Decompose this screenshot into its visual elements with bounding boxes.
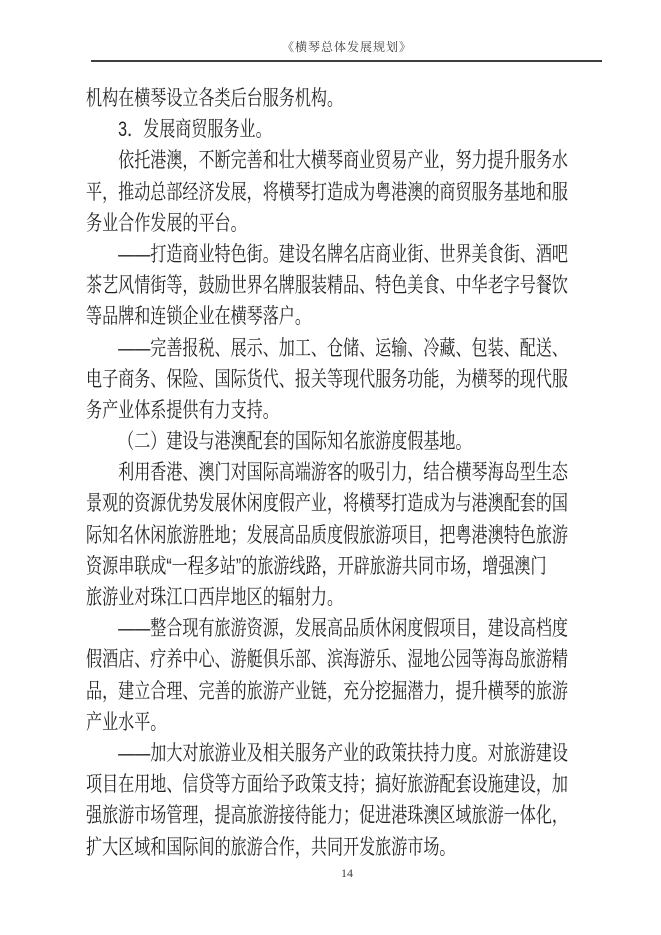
text-line: 等品牌和连锁企业在横琴落户。 [86, 301, 568, 332]
text-line: 茶艺风情街等，鼓励世界名牌服装精品、特色美食、中华老字号餐饮 [86, 270, 568, 301]
text-line: 依托港澳，不断完善和壮大横琴商业贸易产业，努力提升服务水 [86, 145, 568, 176]
text-line: 平，推动总部经济发展，将横琴打造成为粤港澳的商贸服务基地和服 [86, 177, 568, 208]
text-line: ——打造商业特色街。建设名牌名店商业街、世界美食街、酒吧 [86, 239, 568, 270]
text-line: （二）建设与港澳配套的国际知名旅游度假基地。 [86, 426, 568, 457]
text-line: 假酒店、疗养中心、游艇俱乐部、滨海游乐、湿地公园等海岛旅游精 [86, 644, 568, 675]
text-line: 强旅游市场管理，提高旅游接待能力；促进港珠澳区域旅游一体化， [86, 800, 568, 831]
text-line: 利用香港、澳门对国际高端游客的吸引力，结合横琴海岛型生态 [86, 457, 568, 488]
text-line: 电子商务、保险、国际货代、报关等现代服务功能，为横琴的现代服 [86, 364, 568, 395]
text-line: 景观的资源优势发展休闲度假产业，将横琴打造成为与港澳配套的国 [86, 488, 568, 519]
text-line: 3．发展商贸服务业。 [86, 114, 568, 145]
page-number: 14 [341, 866, 353, 880]
text-line: 项目在用地、信贷等方面给予政策支持；搞好旅游配套设施建设，加 [86, 769, 568, 800]
text-line: 旅游业对珠江口西岸地区的辐射力。 [86, 582, 568, 613]
text-line: 扩大区域和国际间的旅游合作，共同开发旅游市场。 [86, 832, 568, 863]
page-header: 《横琴总体发展规划》 [92, 38, 602, 55]
page-footer: 14 [92, 866, 602, 881]
header-title: 《横琴总体发展规划》 [282, 40, 412, 54]
header-rule [91, 60, 602, 62]
text-line: ——完善报税、展示、加工、仓储、运输、冷藏、包装、配送、 [86, 333, 568, 364]
text-line: 务业合作发展的平台。 [86, 208, 568, 239]
text-line: ——整合现有旅游资源，发展高品质休闲度假项目，建设高档度 [86, 613, 568, 644]
document-page: 《横琴总体发展规划》 机构在横琴设立各类后台服务机构。3．发展商贸服务业。依托港… [0, 0, 661, 935]
text-line: 际知名休闲旅游胜地；发展高品质度假旅游项目，把粤港澳特色旅游 [86, 520, 568, 551]
text-line: 务产业体系提供有力支持。 [86, 395, 568, 426]
document-body: 机构在横琴设立各类后台服务机构。3．发展商贸服务业。依托港澳，不断完善和壮大横琴… [86, 83, 568, 863]
text-line: ——加大对旅游业及相关服务产业的政策扶持力度。对旅游建设 [86, 738, 568, 769]
text-line: 品，建立合理、完善的旅游产业链，充分挖掘潜力，提升横琴的旅游 [86, 676, 568, 707]
text-line: 资源串联成“一程多站”的旅游线路，开辟旅游共同市场，增强澳门 [86, 551, 568, 582]
text-line: 产业水平。 [86, 707, 568, 738]
text-line: 机构在横琴设立各类后台服务机构。 [86, 83, 568, 114]
